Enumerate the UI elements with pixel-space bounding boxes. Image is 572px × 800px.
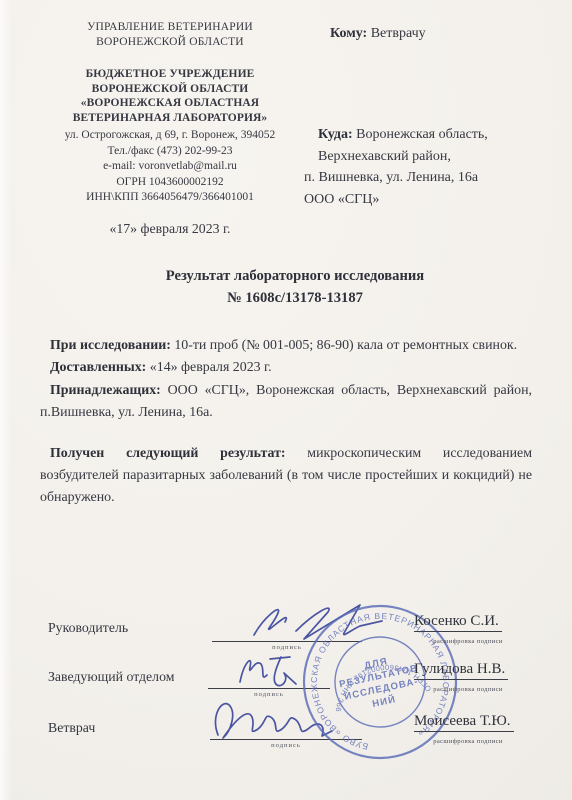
ogrn-line: ОГРН 1043600002192 bbox=[20, 175, 320, 191]
document-title: Результат лабораторного исследования bbox=[40, 265, 550, 287]
recipient-address-line: ООО «СГЦ» bbox=[304, 189, 560, 211]
signature-role-director: Руководитель bbox=[48, 620, 128, 636]
signatory-name: Моисеева Т.Ю. bbox=[414, 713, 514, 732]
document-date: «17» февраля 2023 г. bbox=[38, 221, 302, 237]
org-line: ВОРОНЕЖСКОЙ ОБЛАСТИ bbox=[38, 82, 302, 97]
letterhead-authority: УПРАВЛЕНИЕ ВЕТЕРИНАРИИ ВОРОНЕЖСКОЙ ОБЛАС… bbox=[38, 20, 302, 50]
paragraph-lead: Принадлежащих: bbox=[50, 383, 161, 398]
letterhead-contacts: ул. Острогожская, д 69, г. Воронеж, 3940… bbox=[20, 128, 320, 206]
signature-role-department-head: Заведующий отделом bbox=[48, 669, 174, 685]
round-stamp: БУВО «ВОРОНЕЖСКАЯ ОБЛАСТНАЯ ВЕТЕРИНАРНАЯ… bbox=[280, 578, 481, 785]
paragraph-lead: Доставленных: bbox=[50, 360, 146, 375]
phone-line: Тел./факс (473) 202-99-23 bbox=[20, 144, 320, 160]
email-line: e-mail: voronvetlab@mail.ru bbox=[20, 159, 320, 175]
scanned-lab-result-document: УПРАВЛЕНИЕ ВЕТЕРИНАРИИ ВОРОНЕЖСКОЙ ОБЛАС… bbox=[0, 0, 572, 800]
paragraph-owner: Принадлежащих: ООО «СГЦ», Воронежская об… bbox=[40, 380, 532, 425]
name-caption: расшифровка подписи bbox=[412, 738, 524, 745]
recipient-to-line: Кому: Ветврачу bbox=[330, 26, 426, 42]
address-line: ул. Острогожская, д 69, г. Воронеж, 3940… bbox=[20, 128, 320, 144]
recipient-region: Воронежская область, bbox=[356, 127, 488, 142]
recipient-address-line: Верхнехавский район, bbox=[304, 146, 560, 168]
name-caption: расшифровка подписи bbox=[412, 686, 524, 693]
paragraph-lead: При исследовании: bbox=[50, 338, 171, 353]
recipient-address-block: Куда: Воронежская область, Верхнехавский… bbox=[304, 124, 560, 210]
org-line: «ВОРОНЕЖСКАЯ ОБЛАСТНАЯ bbox=[38, 96, 302, 111]
org-line: БЮДЖЕТНОЕ УЧРЕЖДЕНИЕ bbox=[38, 67, 302, 82]
signatory-name: Гулидова Н.В. bbox=[414, 661, 508, 680]
recipient-where-label: Куда: bbox=[318, 127, 353, 142]
paragraph-lead: Получен следующий результат: bbox=[50, 446, 286, 461]
inn-kpp-line: ИНН\КПП 3664056479/366401001 bbox=[20, 190, 320, 206]
paragraph-text: «14» февраля 2023 г. bbox=[150, 360, 272, 375]
paragraph-text: 10-ти проб (№ 001-005; 86-90) кала от ре… bbox=[174, 338, 517, 353]
recipient-address-line: п. Вишневка, ул. Ленина, 16а bbox=[304, 167, 560, 189]
document-body: При исследовании: 10-ти проб (№ 001-005;… bbox=[40, 335, 532, 510]
recipient-to-label: Кому: bbox=[330, 26, 367, 41]
recipient-to-value: Ветврачу bbox=[371, 26, 426, 41]
paragraph-delivered: Доставленных: «14» февраля 2023 г. bbox=[40, 357, 532, 379]
paragraph-result: Получен следующий результат: микроскопич… bbox=[40, 443, 532, 510]
authority-line: ВОРОНЕЖСКОЙ ОБЛАСТИ bbox=[38, 35, 302, 50]
signature-role-vet: Ветврач bbox=[48, 720, 95, 736]
name-caption: расшифровка подписи bbox=[412, 638, 524, 645]
document-title-block: Результат лабораторного исследования № 1… bbox=[40, 265, 550, 309]
authority-line: УПРАВЛЕНИЕ ВЕТЕРИНАРИИ bbox=[38, 20, 302, 35]
signatory-name: Косенко С.И. bbox=[414, 613, 502, 632]
org-line: ВЕТЕРИНАРНАЯ ЛАБОРАТОРИЯ» bbox=[38, 111, 302, 126]
paragraph-at-research: При исследовании: 10-ти проб (№ 001-005;… bbox=[40, 335, 532, 357]
document-number: № 1608с/13178-13187 bbox=[40, 287, 550, 309]
recipient-address-line: Куда: Воронежская область, bbox=[304, 124, 560, 146]
letterhead-org-name: БЮДЖЕТНОЕ УЧРЕЖДЕНИЕ ВОРОНЕЖСКОЙ ОБЛАСТИ… bbox=[38, 67, 302, 125]
